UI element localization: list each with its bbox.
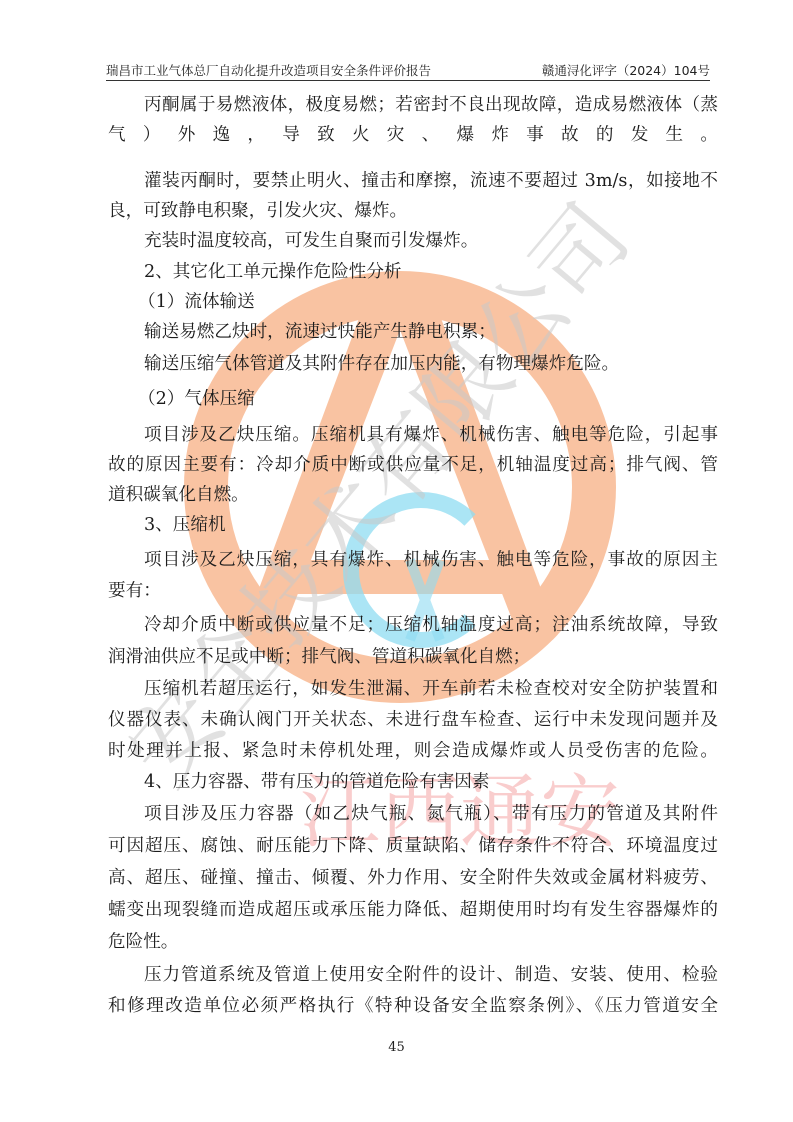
paragraph-line: 输送易燃乙炔时，流速过快能产生静电积累； [108, 317, 718, 347]
paragraph-line: 灌装丙酮时，要禁止明火、撞击和摩擦，流速不要超过 3m/s，如接地不 [108, 166, 718, 196]
page-number: 45 [0, 1040, 793, 1055]
subsection-heading: （2）气体压缩 [108, 384, 718, 414]
section-heading: 2、其它化工单元操作危险性分析 [108, 257, 718, 287]
section-heading: 3、压缩机 [108, 510, 718, 540]
paragraph-line: 压缩机若超压运行，如发生泄漏、开车前若未检查校对安全防护装置和 [108, 674, 718, 704]
paragraph-line: 输送压缩气体管道及其附件存在加压内能，有物理爆炸危险。 [108, 349, 718, 379]
paragraph-line: 可因超压、腐蚀、耐压能力下降、质量缺陷、储存条件不符合、环境温度过 [108, 831, 718, 861]
paragraph-line: 蠕变出现裂缝而造成超压或承压能力降低、超期使用时均有发生容器爆炸的 [108, 895, 718, 925]
document-number: 赣通浔化评字（2024）104号 [542, 62, 710, 80]
document-page: 瑞昌市工业气体总厂自动化提升改造项目安全条件评价报告 赣通浔化评字（2024）1… [0, 0, 793, 1122]
paragraph-line: 丙酮属于易燃液体，极度易燃；若密封不良出现故障，造成易燃液体（蒸 [108, 90, 718, 120]
section-heading: 4、压力容器、带有压力的管道危险有害因素 [108, 767, 718, 797]
paragraph-line: 良，可致静电积聚，引发火灾、爆炸。 [108, 196, 718, 226]
paragraph-line: 危险性。 [108, 927, 718, 957]
paragraph-line: 道积碳氧化自燃。 [108, 480, 718, 510]
paragraph-line: 要有： [108, 576, 718, 606]
paragraph-line: 仪器仪表、未确认阀门开关状态、未进行盘车检查、运行中未发现问题并及 [108, 705, 718, 735]
paragraph-line: 和修理改造单位必须严格执行《特种设备安全监察条例》、《压力管道安全 [108, 991, 718, 1021]
paragraph-line: 润滑油供应不足或中断；排气阀、管道积碳氧化自燃； [108, 642, 718, 672]
paragraph-line: 故的原因主要有：冷却介质中断或供应量不足，机轴温度过高；排气阀、管 [108, 450, 718, 480]
paragraph-line: 压力管道系统及管道上使用安全附件的设计、制造、安装、使用、检验 [108, 960, 718, 990]
paragraph-line: 项目涉及乙炔压缩。压缩机具有爆炸、机械伤害、触电等危险，引起事 [108, 420, 718, 450]
page-header: 瑞昌市工业气体总厂自动化提升改造项目安全条件评价报告 赣通浔化评字（2024）1… [106, 62, 710, 81]
subsection-heading: （1）流体输送 [108, 287, 718, 317]
paragraph-line: 项目涉及乙炔压缩，具有爆炸、机械伤害、触电等危险，事故的原因主 [108, 545, 718, 575]
paragraph-line: 气）外逸，导致火灾、爆炸事故的发生。 [108, 120, 718, 150]
paragraph-line: 冷却介质中断或供应量不足；压缩机轴温度过高；注油系统故障，导致 [108, 610, 718, 640]
paragraph-line: 充装时温度较高，可发生自聚而引发爆炸。 [108, 226, 718, 256]
paragraph-line: 高、超压、碰撞、撞击、倾覆、外力作用、安全附件失效或金属材料疲劳、 [108, 863, 718, 893]
report-title: 瑞昌市工业气体总厂自动化提升改造项目安全条件评价报告 [106, 62, 431, 80]
paragraph-line: 时处理并上报、紧急时未停机处理，则会造成爆炸或人员受伤害的危险。 [108, 736, 718, 766]
paragraph-line: 项目涉及压力容器（如乙炔气瓶、氮气瓶）、带有压力的管道及其附件 [108, 799, 718, 829]
